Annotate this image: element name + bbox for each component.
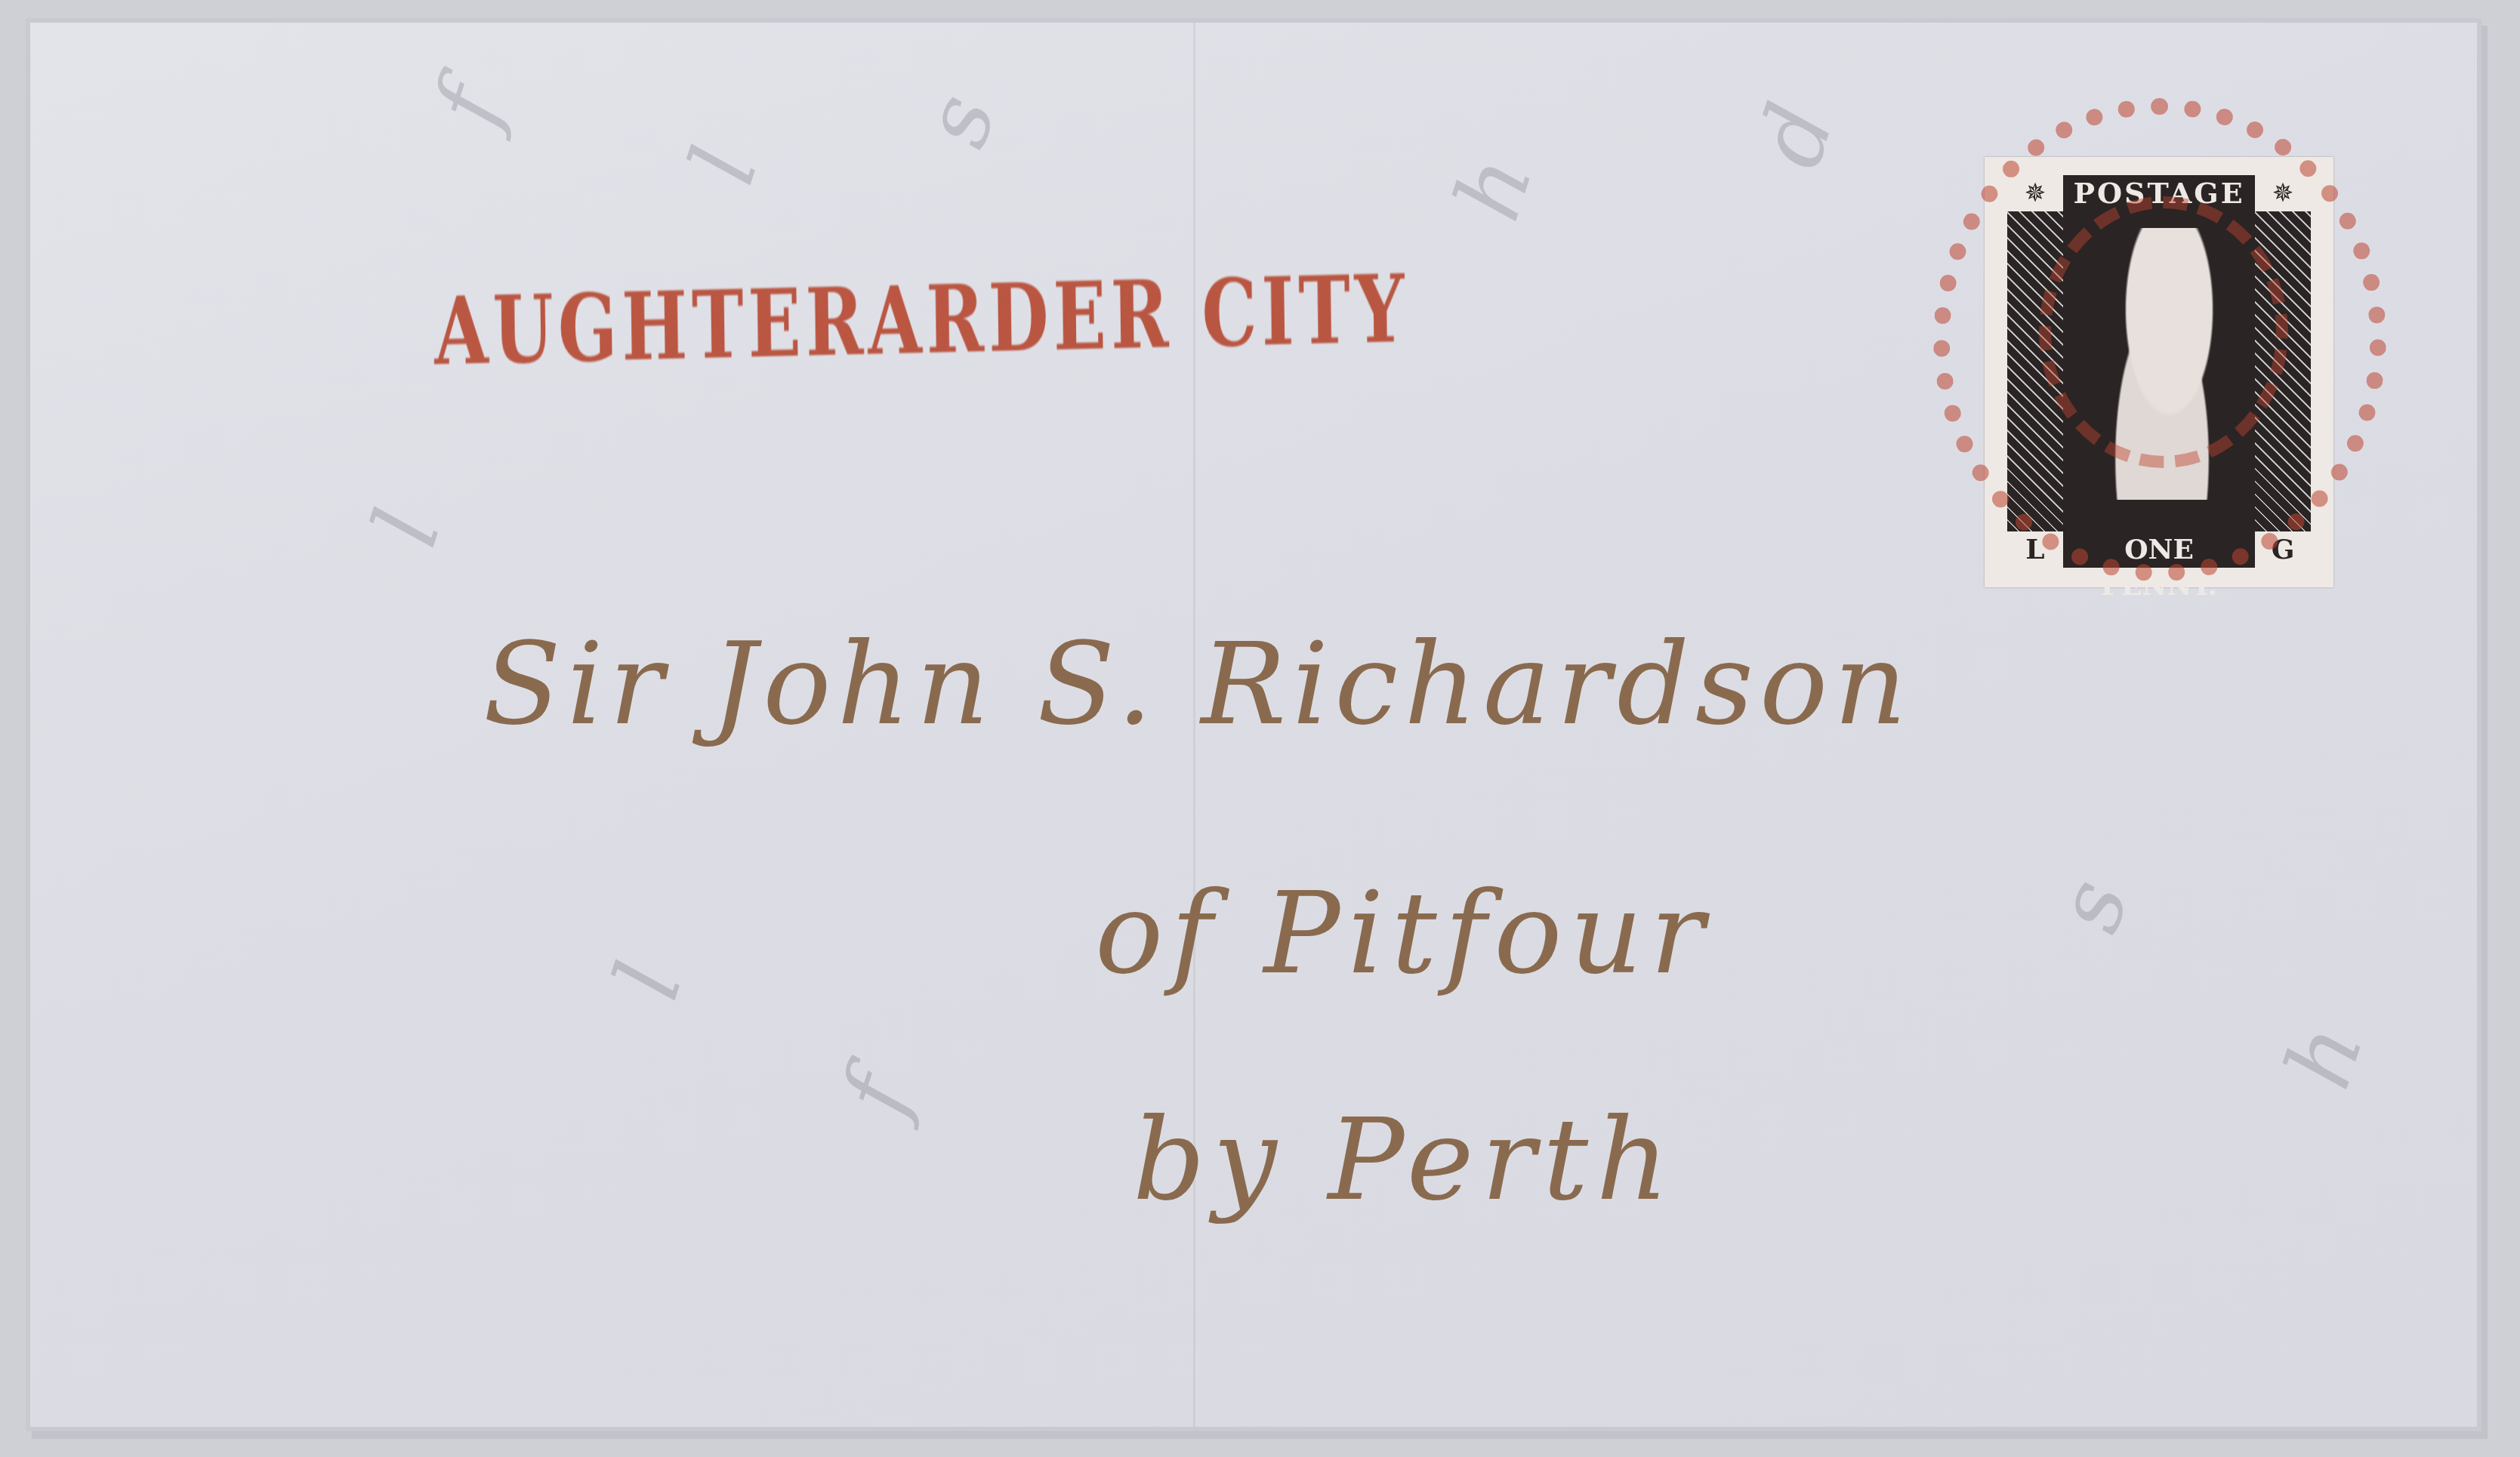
show-through-glyph: s: [902, 82, 1016, 159]
address-line-name: Sir John S. Richardson: [483, 619, 1913, 750]
show-through-glyph: h: [2266, 1012, 2384, 1100]
address-line-town: by Perth: [1133, 1095, 1676, 1226]
show-through-glyph: f: [822, 1062, 933, 1126]
corner-letter-left: L: [2007, 531, 2063, 568]
star-icon: ✵: [2007, 175, 2063, 211]
stamp-bottom-panel: L ONE PENNY. G: [2007, 531, 2311, 568]
town-handstamp: AUGHTERARDER CITY: [433, 254, 1409, 387]
show-through-glyph: s: [2035, 867, 2149, 944]
corner-letter-right: G: [2255, 531, 2311, 568]
show-through-glyph: l: [353, 498, 461, 558]
show-through-glyph: f: [415, 73, 525, 137]
show-through-glyph: l: [670, 136, 779, 196]
stamp-value-label: ONE PENNY.: [2063, 531, 2255, 568]
maltese-cross-cancel-inner: [2039, 196, 2288, 468]
address-line-estate: of Pitfour: [1095, 868, 1712, 1000]
show-through-glyph: l: [594, 951, 703, 1011]
star-icon: ✵: [2255, 175, 2311, 211]
show-through-glyph: h: [1436, 144, 1553, 232]
show-through-glyph: d: [1737, 91, 1855, 179]
